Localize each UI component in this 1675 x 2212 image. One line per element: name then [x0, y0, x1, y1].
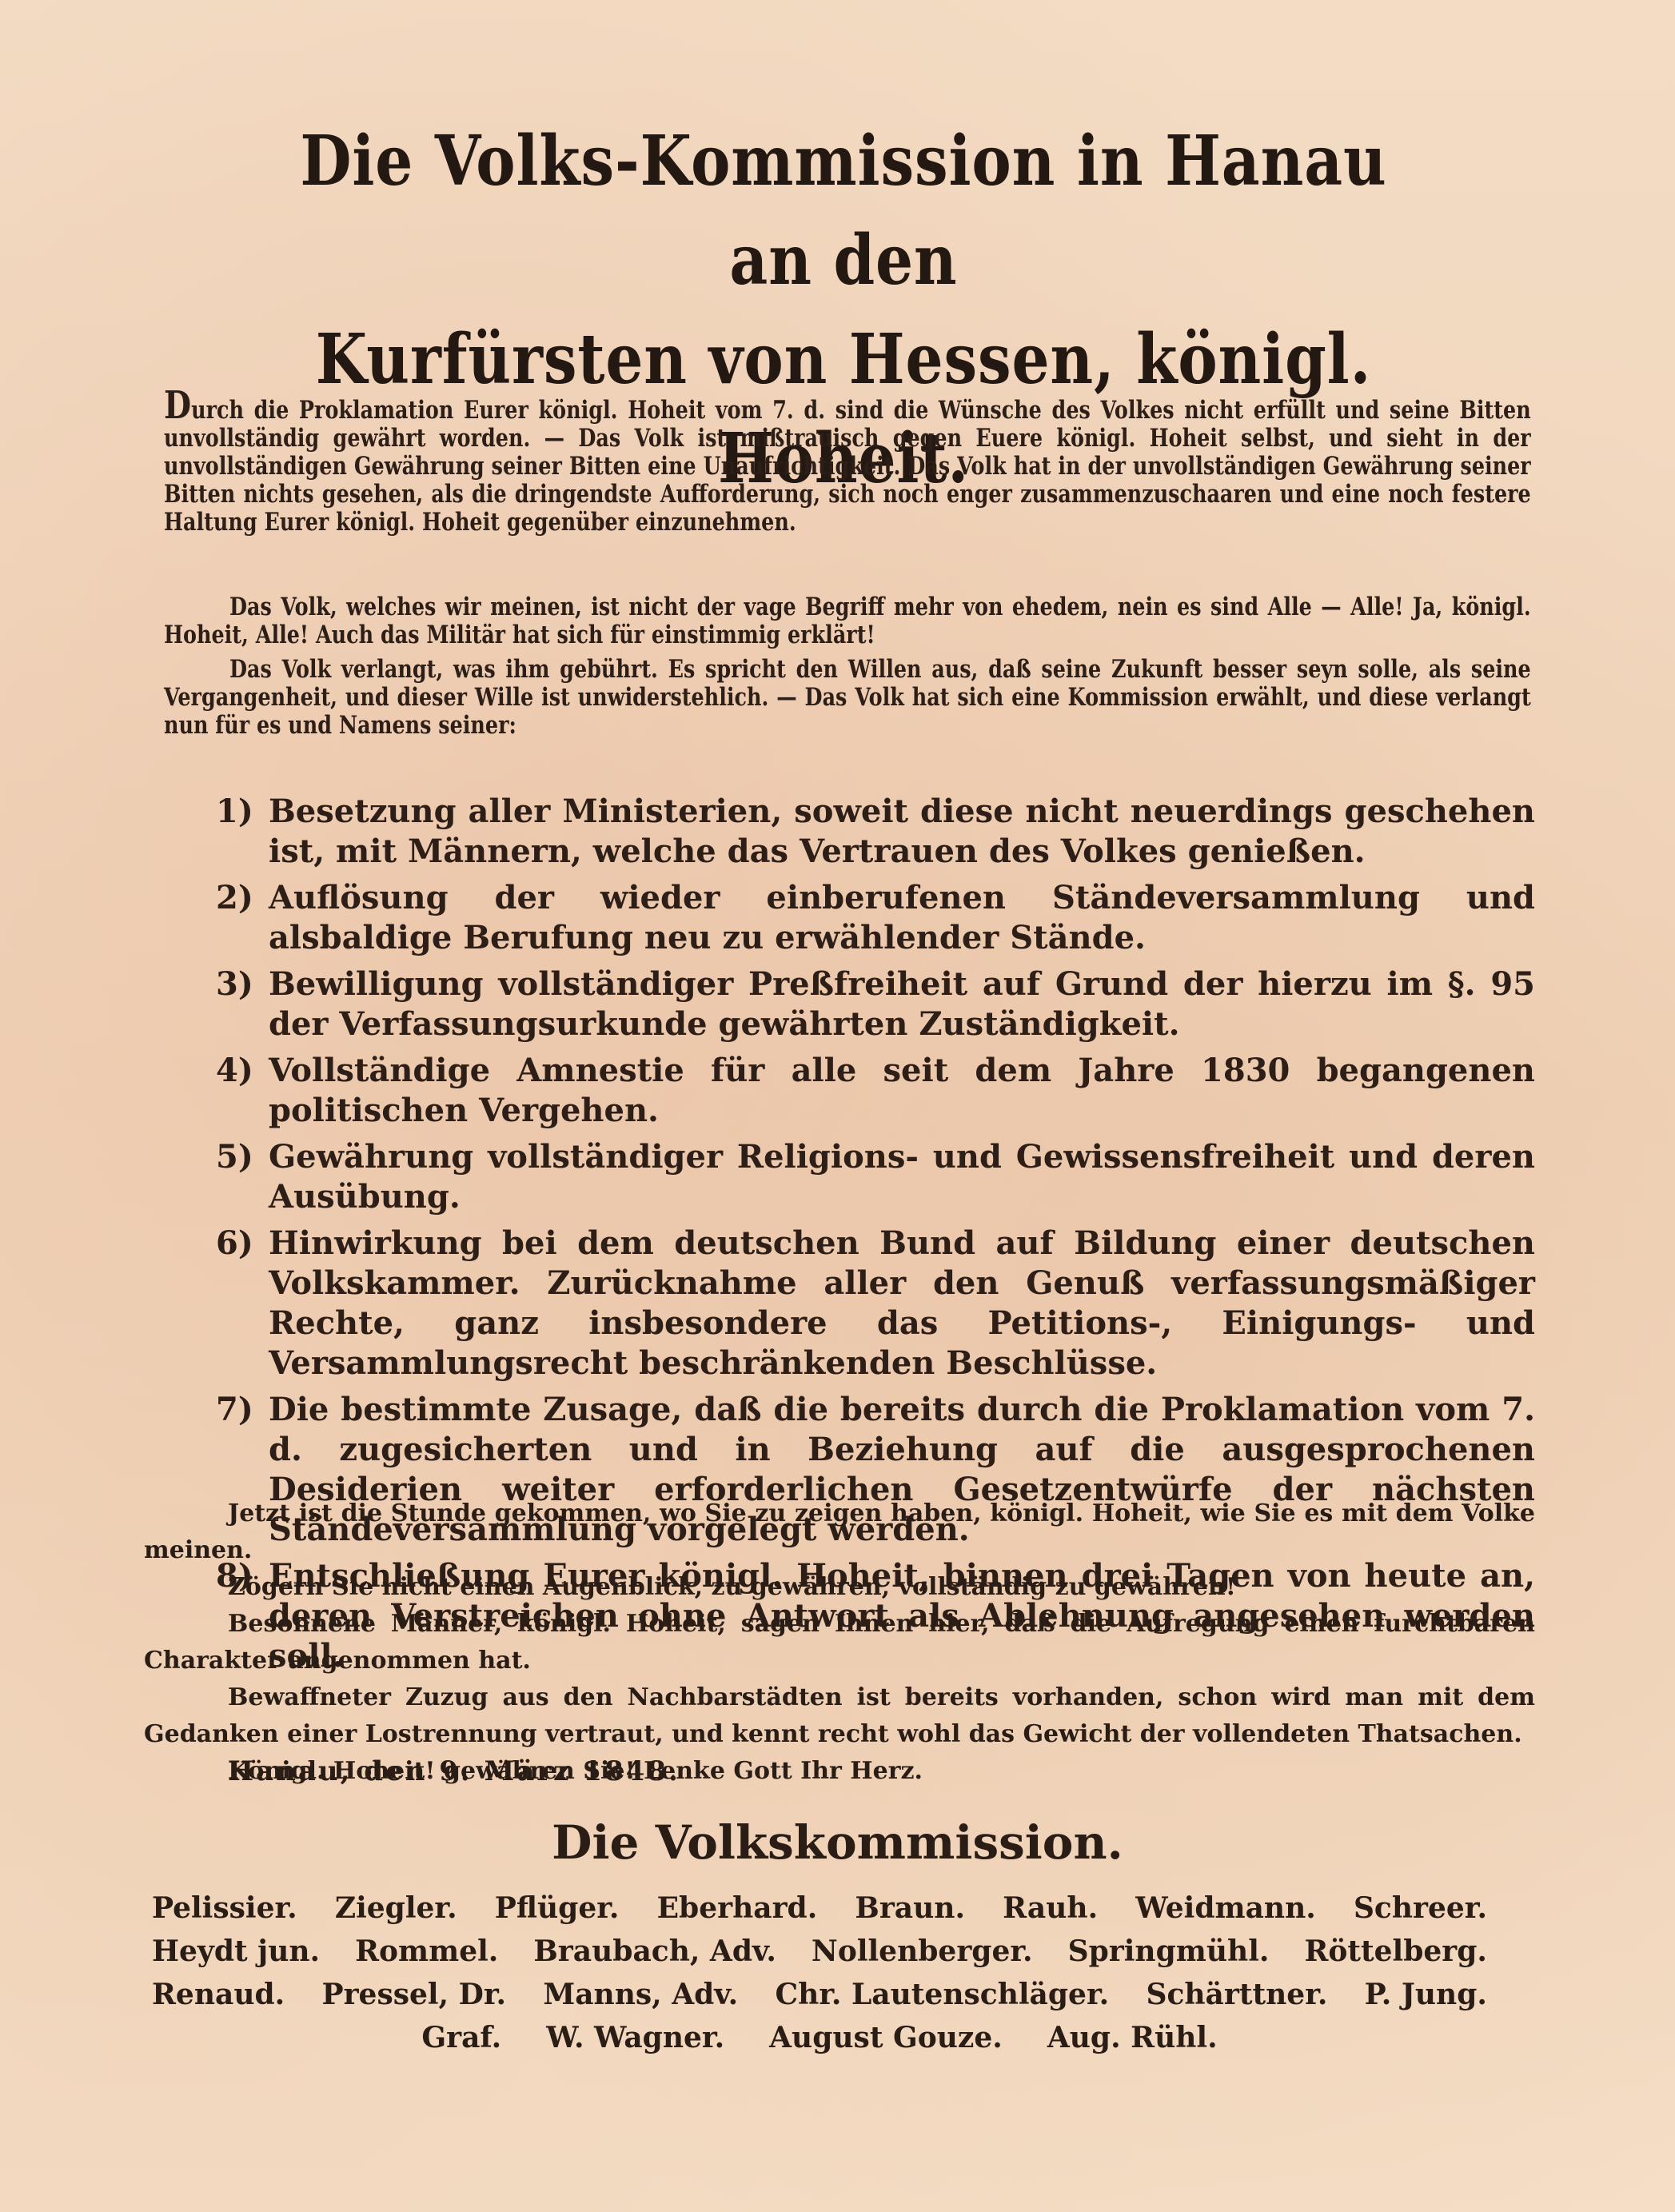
signatory: P. Jung.: [1365, 1978, 1487, 2011]
signatory-row-4: Graf. W. Wagner. August Gouze. Aug. Rühl…: [152, 2021, 1487, 2064]
demand-item: 4)Vollständige Amnestie für alle seit de…: [216, 1051, 1535, 1131]
demand-item: 1)Besetzung aller Ministerien, soweit di…: [216, 792, 1535, 872]
signatories: Pelissier. Ziegler. Pflüger. Eberhard. B…: [152, 1891, 1487, 2064]
signature-heading: Die Volkskommission.: [0, 1815, 1675, 1870]
closing-paragraph-4: Bewaffneter Zuzug aus den Nachbarstädten…: [144, 1679, 1535, 1753]
signatory: Pressel, Dr.: [322, 1978, 507, 2011]
closing-paragraph-2: Zögern Sie nicht einen Augenblick, zu ge…: [144, 1569, 1535, 1606]
signatory: Röttelberg.: [1304, 1935, 1487, 1968]
closing-section: Jetzt ist die Stunde gekommen, wo Sie zu…: [144, 1495, 1535, 1790]
closing-paragraph-1: Jetzt ist die Stunde gekommen, wo Sie zu…: [144, 1495, 1535, 1569]
signatory: Chr. Lautenschläger.: [775, 1978, 1109, 2011]
closing-paragraph-3: Besonnene Männer, königl. Hoheit, sagen …: [144, 1606, 1535, 1679]
signatory: Rauh.: [1003, 1891, 1098, 1925]
signatory: Weidmann.: [1135, 1891, 1316, 1925]
demand-item: 6)Hinwirkung bei dem deutschen Bund auf …: [216, 1224, 1535, 1383]
signatory: Manns, Adv.: [543, 1978, 738, 2011]
title-line-1: Die Volks-Kommission in Hanau an den: [249, 112, 1438, 310]
signatory: Schärttner.: [1146, 1978, 1327, 2011]
intro-paragraph-3: Das Volk verlangt, was ihm gebührt. Es s…: [164, 656, 1531, 740]
signatory-row-2: Heydt jun. Rommel. Braubach, Adv. Nollen…: [152, 1935, 1487, 1978]
drop-cap: D: [164, 383, 191, 428]
proclamation-page: Die Volks-Kommission in Hanau an den Kur…: [0, 0, 1675, 2212]
signatory-row-3: Renaud. Pressel, Dr. Manns, Adv. Chr. La…: [152, 1978, 1487, 2021]
intro-paragraph-1: Durch die Proklamation Eurer königl. Hoh…: [164, 392, 1531, 537]
signatory: Graf.: [421, 2021, 501, 2054]
signatory-row-1: Pelissier. Ziegler. Pflüger. Eberhard. B…: [152, 1891, 1487, 1935]
signatory: Springmühl.: [1068, 1935, 1270, 1968]
signatory: Schreer.: [1354, 1891, 1487, 1925]
signatory: Eberhard.: [657, 1891, 818, 1925]
signatory: Rommel.: [355, 1935, 498, 1968]
intro-paragraph-2: Das Volk, welches wir meinen, ist nicht …: [164, 593, 1531, 649]
signatory: Pflüger.: [495, 1891, 620, 1925]
demand-item: 5)Gewährung vollständiger Religions- und…: [216, 1137, 1535, 1217]
signatory: Heydt jun.: [152, 1935, 320, 1968]
signatory: Braubach, Adv.: [533, 1935, 776, 1968]
signatory: W. Wagner.: [546, 2021, 724, 2054]
signatory: Pelissier.: [152, 1891, 297, 1925]
signatory: Renaud.: [152, 1978, 285, 2011]
signatory: Nollenberger.: [812, 1935, 1033, 1968]
date-line: Hanau, den 9. März 1848.: [228, 1755, 680, 1787]
signatory: August Gouze.: [769, 2021, 1003, 2054]
demand-item: 2)Auflösung der wieder einberufenen Stän…: [216, 878, 1535, 958]
signatory: Braun.: [855, 1891, 965, 1925]
signatory: Aug. Rühl.: [1047, 2021, 1218, 2054]
signatory: Ziegler.: [335, 1891, 457, 1925]
demand-item: 3)Bewilligung vollständiger Preßfreiheit…: [216, 964, 1535, 1044]
